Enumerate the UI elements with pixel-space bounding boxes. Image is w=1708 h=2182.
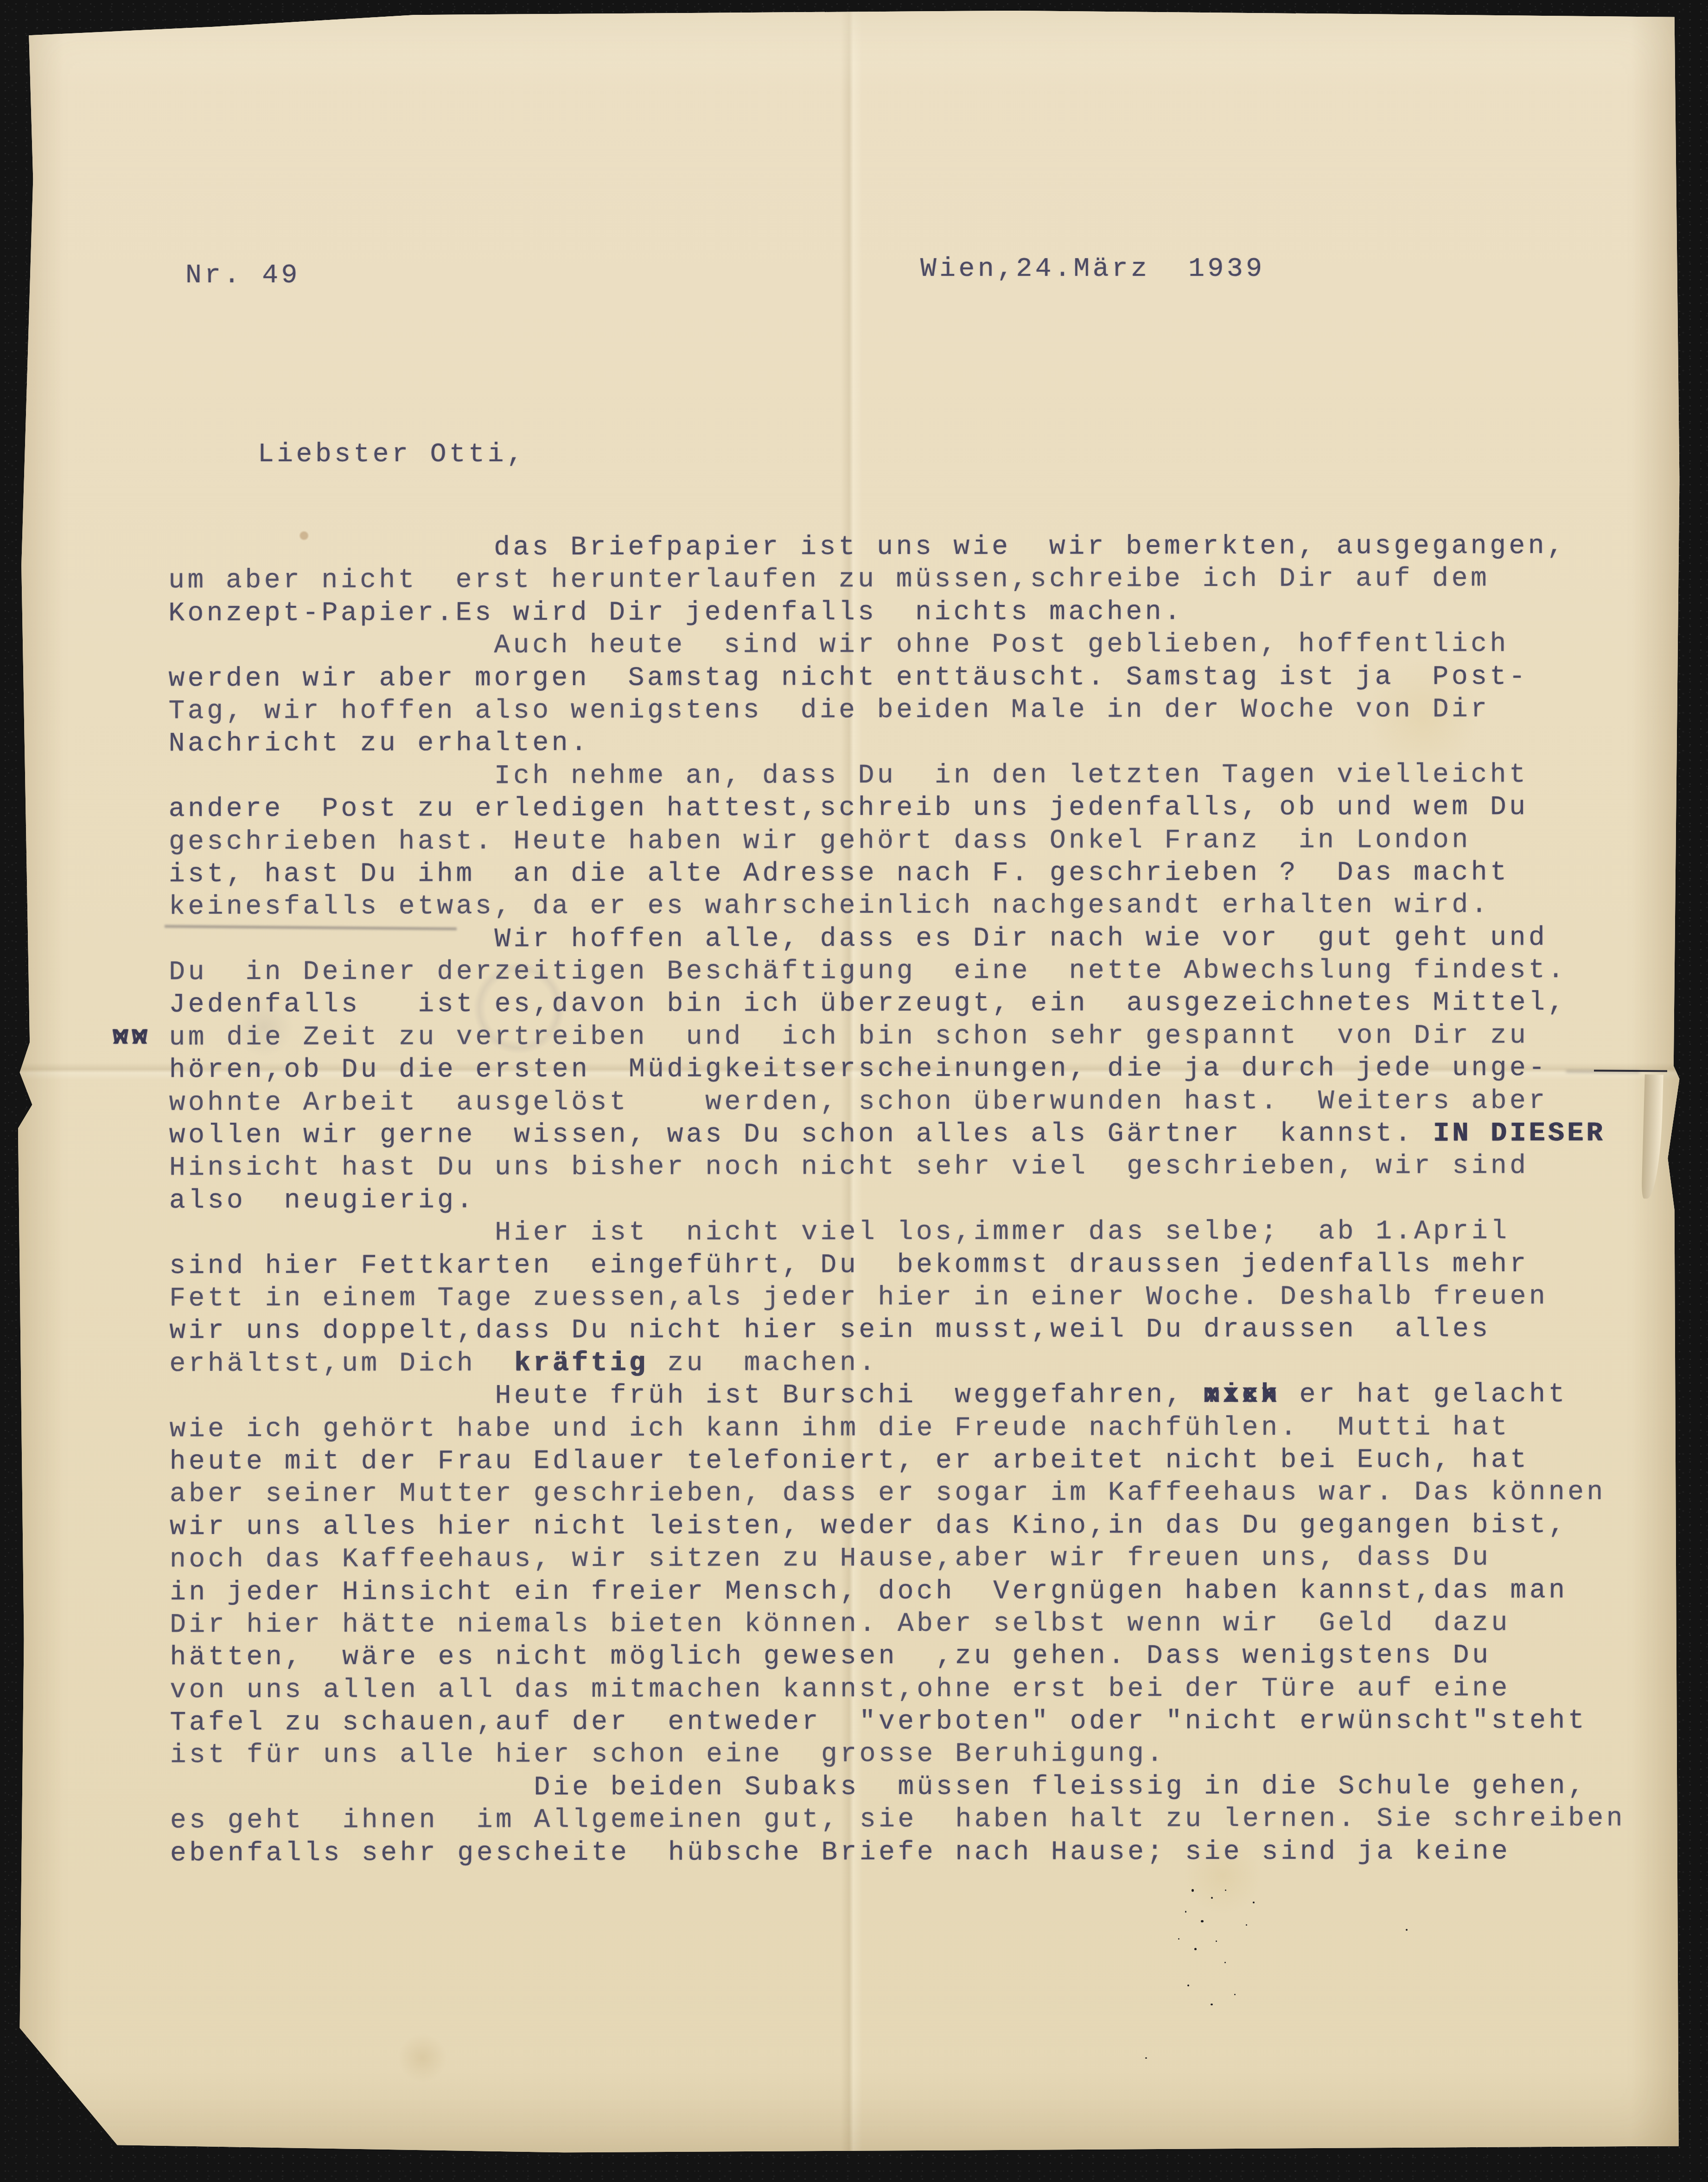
letter-line: wollen wir gerne wissen, was Du schon al… xyxy=(169,1118,1625,1152)
letter-line: wir uns doppelt,dass Du nicht hier sein … xyxy=(169,1313,1625,1348)
letter-line: um die Zeit zu vertreiben und ich bin sc… xyxy=(169,1020,1624,1055)
letter-line: keinesfalls etwas, da er es wahrscheinli… xyxy=(169,889,1624,924)
letter-line: noch das Kaffeehaus, wir sitzen zu Hause… xyxy=(170,1542,1625,1577)
letter-number: Nr. 49 xyxy=(185,261,300,291)
letter-line: Jedenfalls ist es,davon bin ich überzeug… xyxy=(169,987,1624,1022)
letter-line: geschrieben hast. Heute haben wir gehört… xyxy=(169,824,1624,859)
crossed-out-word: michxxxx xyxy=(1204,1379,1280,1412)
letter-line: um aber nicht erst herunterlaufen zu müs… xyxy=(168,563,1624,598)
letter-line: heute mit der Frau Edlauer telefoniert, … xyxy=(170,1444,1625,1479)
letter-line: also neugierig. xyxy=(169,1183,1625,1218)
letter-dateline: Wien,24.März 1939 xyxy=(920,254,1265,284)
letter-line: Die beiden Subaks müssen fleissig in die… xyxy=(170,1770,1625,1805)
letter-body: wwxx das Briefpapier ist uns wie wir bem… xyxy=(168,530,1625,1870)
letter-line: ist, hast Du ihm an die alte Adresse nac… xyxy=(169,857,1624,891)
letter-line: Tafel zu schauen,auf der entweder "verbo… xyxy=(170,1705,1625,1740)
overstruck-text: IN DIESER xyxy=(1433,1119,1606,1149)
letter-line: hören,ob Du die ersten Müdigkeitserschei… xyxy=(169,1052,1625,1087)
letter-line: das Briefpapier ist uns wie wir bemerkte… xyxy=(168,530,1624,565)
letter-line: wir uns alles hier nicht leisten, weder … xyxy=(170,1509,1625,1544)
letter-line: andere Post zu erledigen hattest,schreib… xyxy=(169,791,1624,826)
letter-line: Ich nehme an, dass Du in den letzten Tag… xyxy=(169,759,1624,794)
letter-line: Heute früh ist Burschi weggefahren, mich… xyxy=(170,1379,1625,1413)
letter-salutation: Liebster Otti, xyxy=(258,439,526,470)
letter-line: Tag, wir hoffen also wenigstens die beid… xyxy=(168,693,1624,728)
letter-line: Auch heute sind wir ohne Post geblieben,… xyxy=(168,628,1624,663)
letter-line: wohnte Arbeit ausgelöst werden, schon üb… xyxy=(169,1085,1625,1120)
letter-line: Dir hier hätte niemals bieten können. Ab… xyxy=(170,1607,1625,1642)
letter-line: es geht ihnen im Allgemeinen gut, sie ha… xyxy=(170,1803,1625,1838)
letter-line: werden wir aber morgen Samstag nicht ent… xyxy=(168,661,1624,695)
letter-line: Konzept-Papier.Es wird Dir jedenfalls ni… xyxy=(168,596,1624,630)
letter-line: wie ich gehört habe und ich kann ihm die… xyxy=(170,1411,1625,1446)
letter-line: Du in Deiner derzeitigen Beschäftigung e… xyxy=(169,954,1624,989)
letter-line: aber seiner Mutter geschrieben, dass er … xyxy=(170,1476,1625,1511)
letter-line: Nachricht zu erhalten. xyxy=(169,726,1624,761)
overstruck-text: kräftig xyxy=(514,1349,648,1379)
letter-line: Wir hoffen alle, dass es Dir nach wie vo… xyxy=(169,922,1624,956)
letter-line: von uns allen all das mitmachen kannst,o… xyxy=(170,1672,1625,1707)
letter-line: Fett in einem Tage zuessen,als jeder hie… xyxy=(169,1281,1625,1316)
letter-line: sind hier Fettkarten eingeführt, Du beko… xyxy=(169,1248,1625,1283)
letter-line: in jeder Hinsicht ein freier Mensch, doc… xyxy=(170,1574,1625,1609)
scanned-letter-page: Nr. 49 Wien,24.März 1939 Liebster Otti, … xyxy=(0,0,1708,2182)
letter-line: ist für uns alle hier schon eine grosse … xyxy=(170,1737,1625,1772)
margin-note: wwxx xyxy=(112,1022,151,1052)
letter-line: hätten, wäre es nicht möglich gewesen ,z… xyxy=(170,1640,1625,1674)
letter-line: Hinsicht hast Du uns bisher noch nicht s… xyxy=(169,1150,1625,1185)
letter-line: ebenfalls sehr gescheite hübsche Briefe … xyxy=(170,1835,1625,1870)
letter-line: erhältst,um Dich kräftig zu machen. xyxy=(169,1346,1625,1381)
letter-line: Hier ist nicht viel los,immer das selbe;… xyxy=(169,1215,1625,1250)
